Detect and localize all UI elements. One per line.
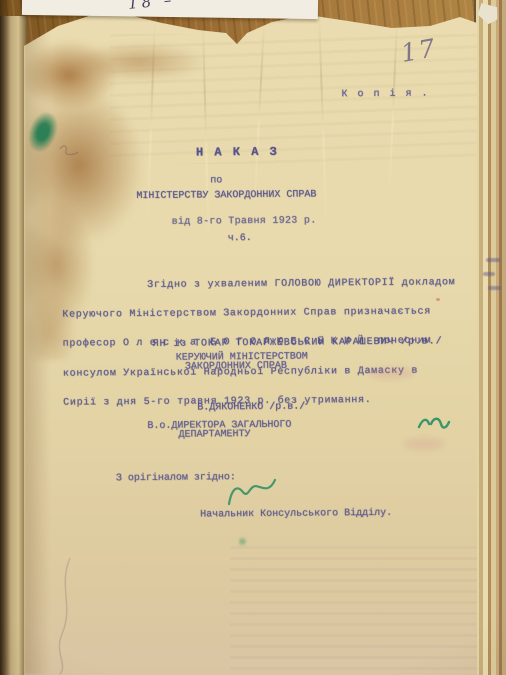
order-title: Н А К А З [196,145,279,160]
pencil-squiggle [40,556,100,675]
minister-title-line2: ЗАКОРДОННИХ СПРАВ [185,361,287,373]
ink-bleed-mark [483,272,495,276]
document-page: 17 К о п і я . Н А К А З по МІНІСТЕРСТВУ… [0,0,506,675]
archival-photo: 17 К о п і я . Н А К А З по МІНІСТЕРСТВУ… [0,0,506,675]
teal-ink-dot [238,536,247,547]
order-number: ч.6. [228,233,252,244]
ink-bleed-mark [486,258,500,262]
pink-smudge [404,438,444,450]
page-stack-edge [474,0,506,675]
director-signature: В.ДЯКОНЕНКО /р.в./ [197,402,305,414]
body-line: Керуючого Міністерством Закордонних Спра… [62,307,474,320]
sticky-note-text: 18 – [127,0,176,13]
body-line: Згідно з ухваленим ГОЛОВОЮ ДИРЕКТОРІЇ до… [62,278,474,291]
red-ink-speck [436,298,440,301]
order-preposition: по [210,175,222,186]
certification-label: З орігіналом згідно: [116,472,236,484]
sticky-note: 18 – [22,0,318,19]
order-date: від 8-го Травня 1923 р. [172,215,317,227]
director-title-line2: ДЕПАРТАМЕНТУ [178,429,250,441]
copy-label: К о п і я . [341,88,429,100]
ink-bleed-mark [488,286,501,290]
teal-check-mark [416,413,452,437]
ministry-name: МІНІСТЕРСТВУ ЗАКОРДОННИХ СПРАВ [136,189,316,202]
binding-shadow [0,0,10,675]
pink-smudge [368,367,414,379]
